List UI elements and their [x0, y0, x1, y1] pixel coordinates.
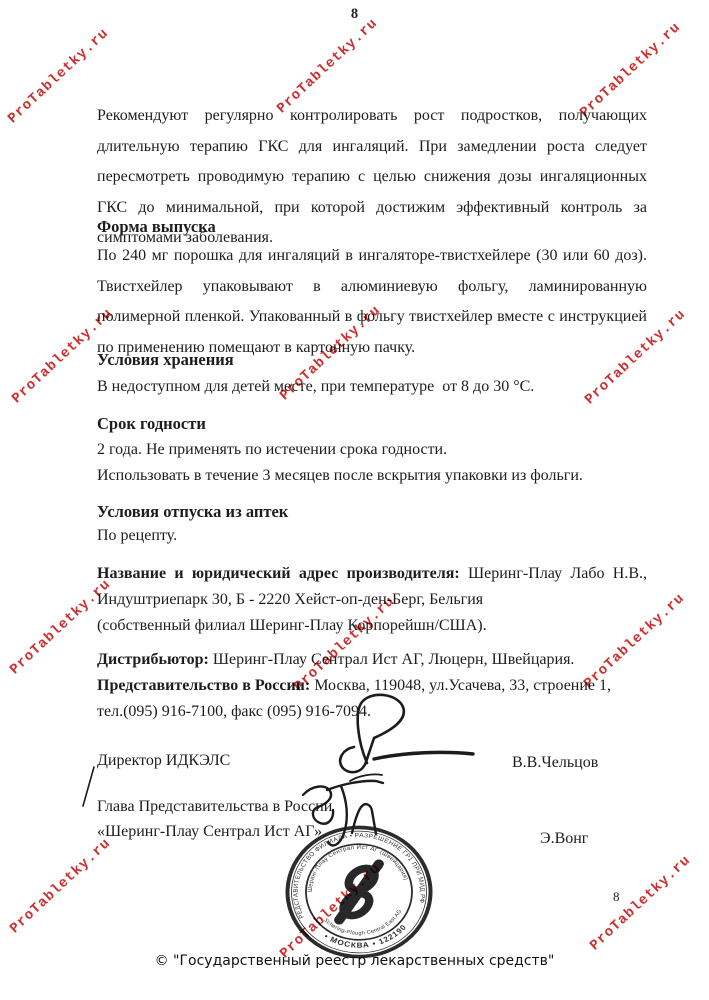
- company-stamp: ПРЕДСТАВИТЕЛЬСТВО ФИЛИАЛА • РАЗРЕШЕНИЕ Г…: [277, 818, 441, 966]
- watermark-text: ProTabletky.ru: [588, 853, 694, 954]
- document-page: 8 Рекомендуют регулярно контролировать р…: [0, 0, 709, 1000]
- page-number-top: 8: [0, 6, 709, 23]
- stray-pen-slash: [83, 767, 94, 806]
- representative-line-2: тел.(095) 916-7100, факс (095) 916-7094.: [97, 699, 647, 725]
- section-body-dispensing: По рецепту.: [97, 525, 647, 547]
- rep-head-title-line-1: Глава Представительства в России: [97, 797, 647, 817]
- watermark-text: ProTabletky.ru: [8, 836, 114, 937]
- manufacturer-line-3: (собственный филиал Шеринг-Плау Корпорей…: [97, 613, 647, 639]
- representative-block: Представительство в России: Москва, 1190…: [97, 673, 647, 725]
- section-body-shelf-life-2: Использовать в течение 3 месяцев после в…: [97, 465, 647, 487]
- director-name: В.В.Чельцов: [512, 753, 598, 773]
- representative-label: Представительство в России:: [97, 677, 310, 694]
- director-signature-row: Директор ИДКЭЛС В.В.Чельцов: [97, 751, 647, 771]
- representative-value: Москва, 119048, ул.Усачева, 33, строение…: [314, 677, 611, 694]
- page-number-bottom: 8: [613, 889, 620, 905]
- section-heading-release-form: Форма выпуска: [97, 216, 647, 238]
- section-body-release-form: По 240 мг порошка для ингаляций в ингаля…: [97, 241, 647, 363]
- section-heading-storage: Условия хранения: [97, 349, 647, 371]
- section-body-storage: В недоступном для детей месте, при темпе…: [97, 376, 647, 398]
- section-body-shelf-life-1: 2 года. Не применять по истечении срока …: [97, 439, 647, 461]
- manufacturer-value: Шеринг-Плау Лабо Н.В.,: [468, 565, 647, 582]
- representative-line-1: Представительство в России: Москва, 1190…: [97, 673, 647, 699]
- manufacturer-block: Название и юридический адрес производите…: [97, 561, 647, 639]
- section-heading-dispensing: Условия отпуска из аптек: [97, 501, 647, 523]
- manufacturer-label: Название и юридический адрес производите…: [97, 565, 460, 582]
- distributor-value: Шеринг-Плау Сентрал Ист АГ, Люцерн, Швей…: [213, 651, 575, 668]
- manufacturer-line-1: Название и юридический адрес производите…: [97, 561, 647, 587]
- section-heading-shelf-life: Срок годности: [97, 413, 647, 435]
- distributor-label: Дистрибьютор:: [97, 651, 209, 668]
- stamp-logo-monogram: [331, 863, 387, 922]
- director-title: Директор ИДКЭЛС: [97, 752, 230, 769]
- distributor-line: Дистрибьютор: Шеринг-Плау Сентрал Ист АГ…: [97, 647, 647, 673]
- manufacturer-line-2: Индуштриепарк 30, Б - 2220 Хейст-оп-ден-…: [97, 587, 647, 613]
- rep-head-name: Э.Вонг: [540, 829, 588, 849]
